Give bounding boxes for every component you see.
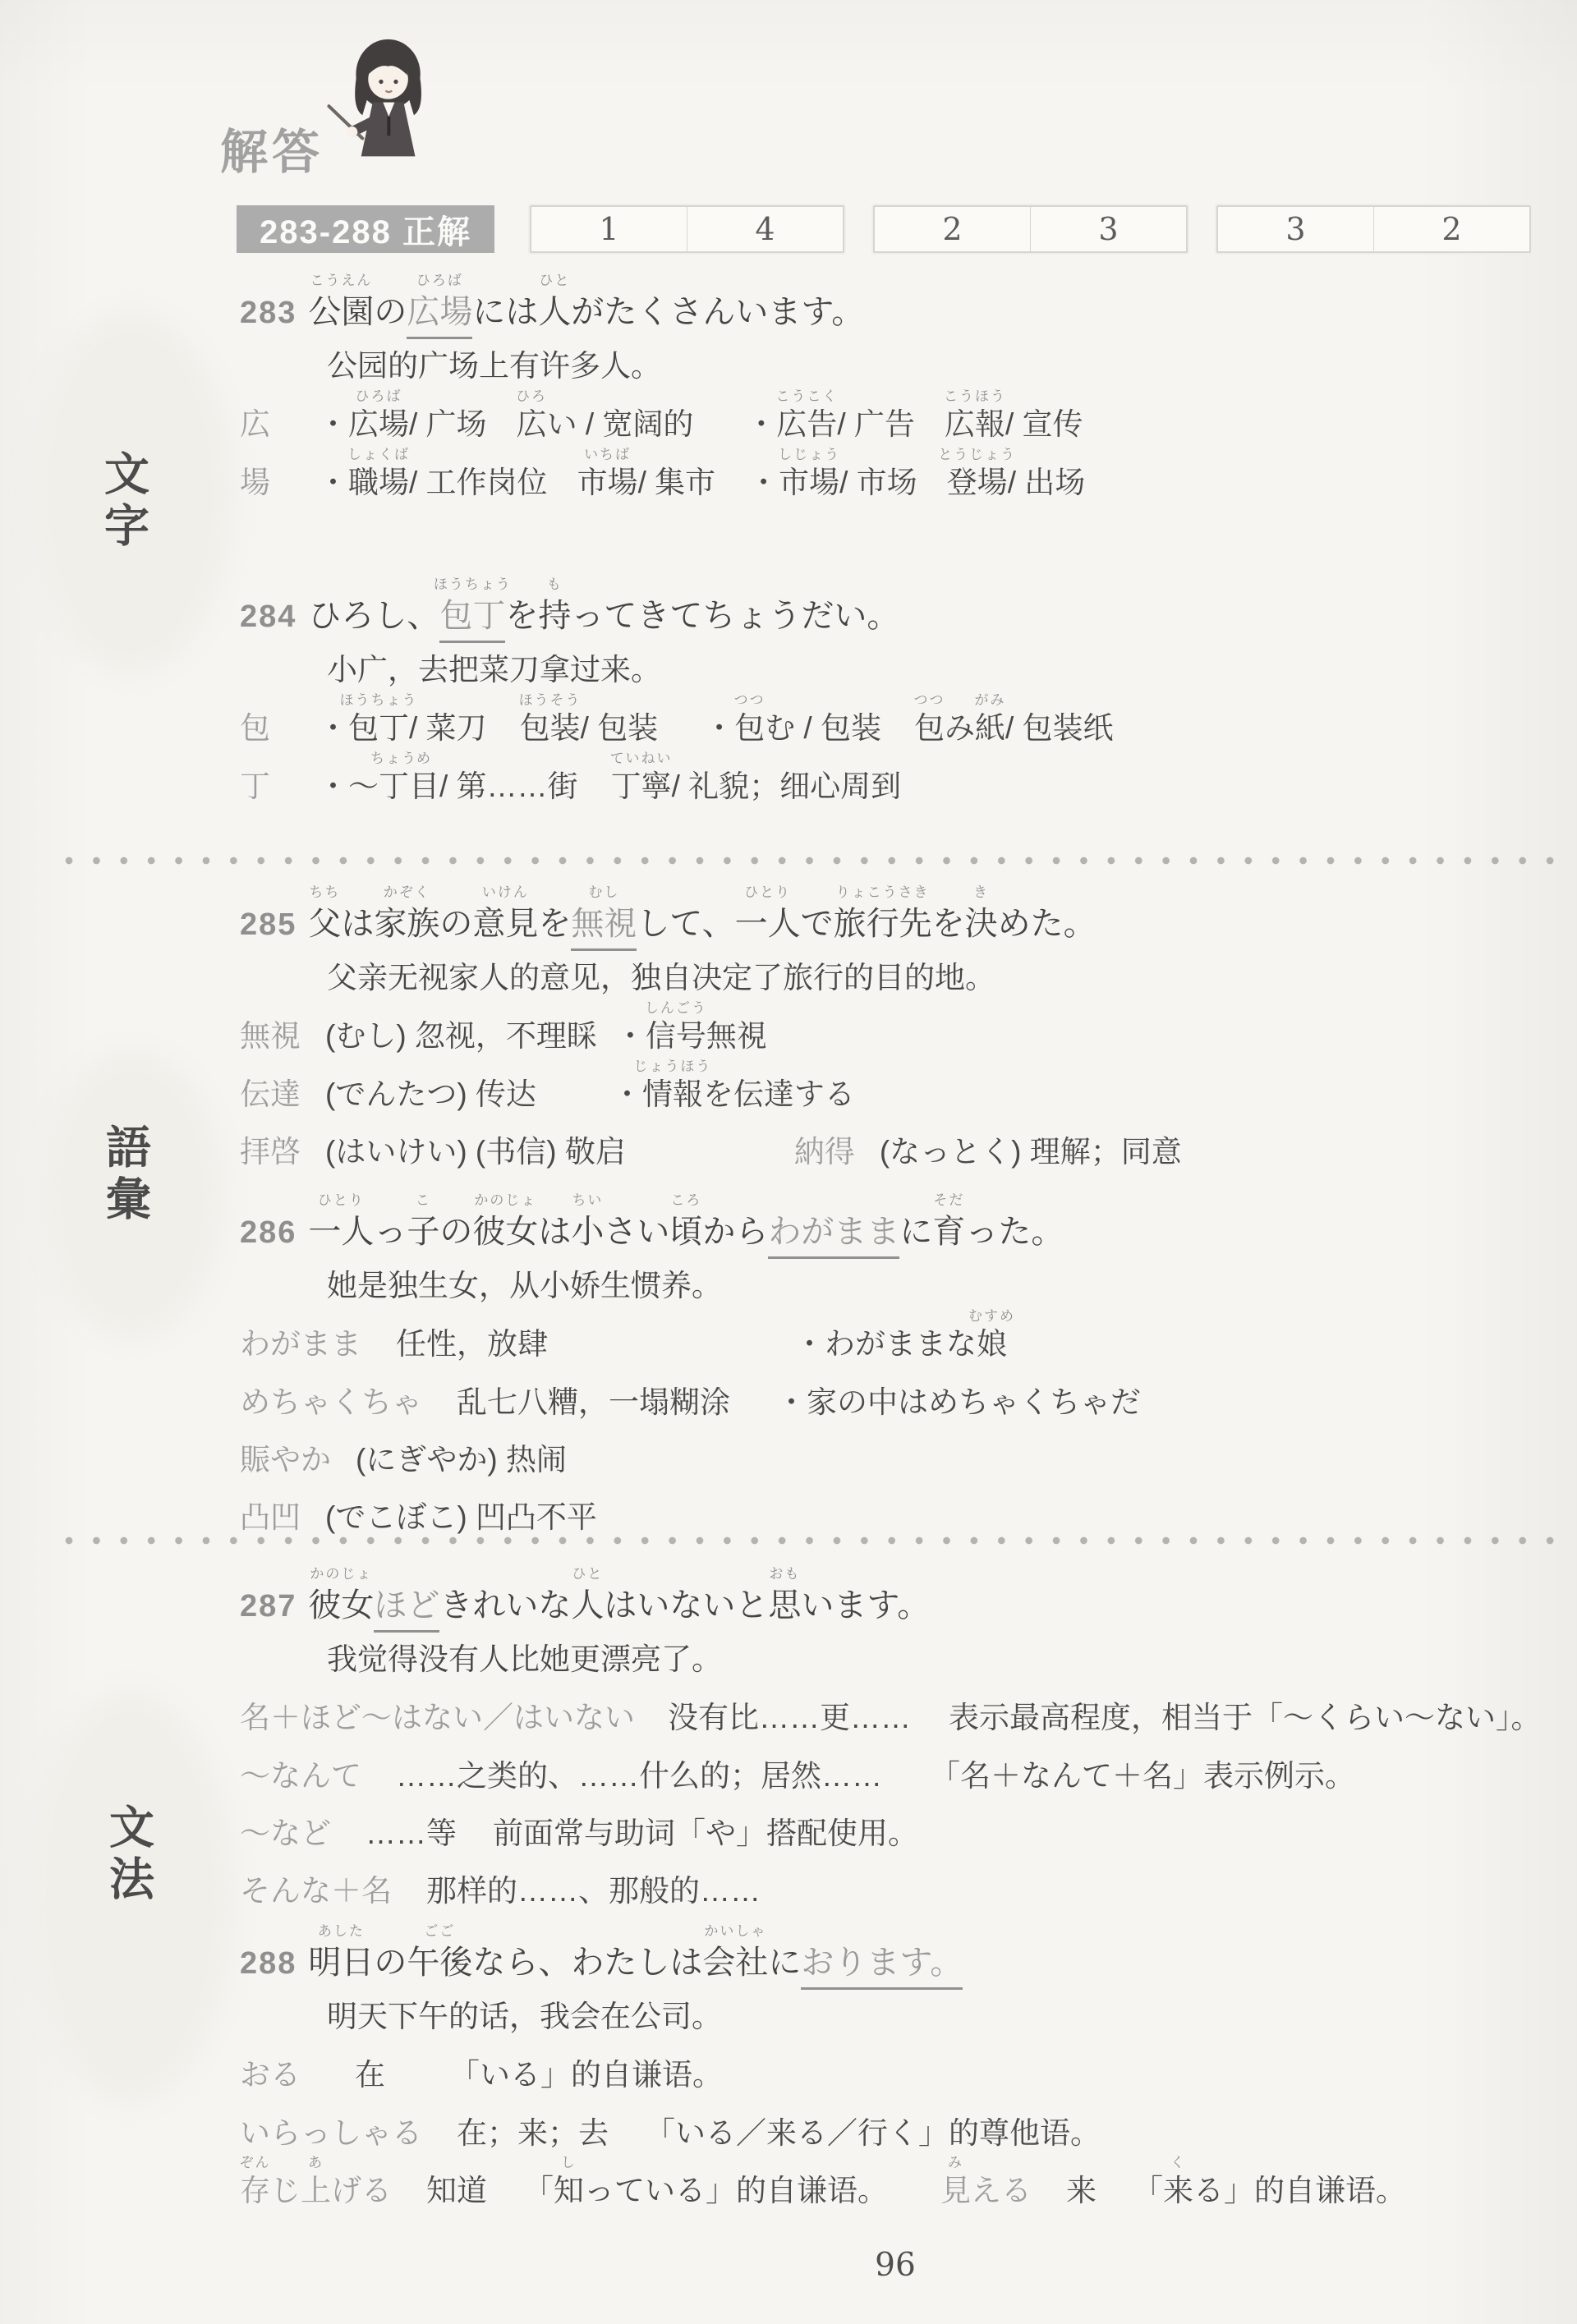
text-segment: み <box>945 710 975 746</box>
text-segment: (なっとく) 理解；同意 <box>880 1134 1182 1170</box>
text-segment: 公園こうえん <box>308 291 374 333</box>
furigana: ちち <box>309 885 340 899</box>
text-segment: ……等 <box>366 1816 457 1852</box>
text-segment: 那样的……、那般的…… <box>426 1873 761 1909</box>
furigana: ひとり <box>318 1193 365 1207</box>
item-288: 288明日あしたの午後ごごなら、わたしは会社かいしゃにおります。明天下午的话，我… <box>240 1922 1577 2209</box>
text-segment: む / 包装 <box>765 710 881 746</box>
text-segment: 「名＋なんて＋名」表示例示。 <box>930 1758 1355 1794</box>
furigana: いけん <box>482 885 529 899</box>
furigana: ちょう <box>370 751 417 765</box>
furigana: そだ <box>933 1193 964 1207</box>
item-number: 288 <box>240 1944 297 1984</box>
text-segment: 育そだ <box>932 1210 965 1253</box>
item-286: 286一人ひとりっ子この彼女かのじょは小ちいさい頃ころからわがままに育そだった。… <box>240 1191 1577 1536</box>
chinese-translation: 明天下午的话，我会在公司。 <box>327 1998 1577 2036</box>
text-segment: / 出场 <box>1008 465 1086 501</box>
text-segment: 来く <box>1163 2173 1193 2209</box>
vocab-head: 上あ <box>301 2173 331 2209</box>
text-segment: ひろし、 <box>308 595 439 637</box>
text-segment: 明日あした <box>308 1941 374 1984</box>
text-segment: して、 <box>637 903 734 945</box>
furigana: き <box>973 885 989 899</box>
text-segment: 在；来；去 <box>457 2115 609 2152</box>
text-segment: の <box>439 903 472 945</box>
furigana: あした <box>318 1924 365 1938</box>
text-segment: 意見いけん <box>472 903 538 945</box>
text-segment: 小ちい <box>571 1210 604 1253</box>
vocab-head: 名＋ほど〜はない／はいない <box>240 1700 635 1736</box>
text-segment: を <box>932 903 965 945</box>
vocab-row: 凸凹(でこぼこ) 凹凸不平 <box>240 1480 1577 1536</box>
text-segment: 職場しょくば <box>348 465 409 501</box>
furigana: むすめ <box>968 1309 1015 1323</box>
underlined-answer-word: 無視むし <box>571 903 637 951</box>
text-segment: 登場とうじょう <box>947 465 1008 501</box>
text-segment: 広場ひろば <box>348 406 409 443</box>
vocab-head: 存ぞん <box>240 2173 270 2209</box>
text-segment: 娘むすめ <box>977 1326 1007 1362</box>
text-segment: 「 <box>1133 2173 1163 2209</box>
item-sentence: 287彼女かのじょほどきれいな人ひとはいないと思おもいます。 <box>240 1564 1577 1633</box>
item-sentence: 283公園こうえんの広場ひろばには人ひとがたくさんいます。 <box>240 271 1577 339</box>
text-segment: 市場しじょう <box>779 465 839 501</box>
text-segment: は <box>538 1210 571 1253</box>
text-segment: 「いる／来る／行く」的尊他语。 <box>645 2115 1101 2152</box>
vocab-head: じ <box>270 2173 301 2209</box>
furigana: ころ <box>670 1193 701 1207</box>
text-segment: めた。 <box>998 903 1097 945</box>
furigana: じょうほう <box>633 1059 711 1073</box>
vocab-row: おる在「いる」的自谦语。 <box>240 2037 1577 2093</box>
text-segment: ・ <box>615 1018 646 1054</box>
furigana: つつ <box>734 693 766 707</box>
furigana: こうこく <box>775 389 838 403</box>
vocab-head: 凸凹 <box>240 1500 301 1536</box>
vocab-row: いらっしゃる在；来；去「いる／来る／行く」的尊他语。 <box>240 2096 1577 2152</box>
text-segment: 思おも <box>768 1584 801 1627</box>
answer-cell: 1 <box>531 207 687 251</box>
text-segment: 広ひろ <box>517 406 547 443</box>
text-segment: 家族かぞく <box>374 903 439 945</box>
vocab-head: げる <box>331 2173 392 2209</box>
text-segment: 人ひと <box>571 1584 604 1627</box>
underlined-answer-word: ほど <box>374 1584 439 1633</box>
vocab-row: 〜なんて……之类的、……什么的；居然……「名＋なんて＋名」表示例示。 <box>240 1738 1577 1794</box>
text-segment: / 广场 <box>409 406 487 443</box>
vocab-row: 無視(むし) 忽视，不理睬・信号しんごう無視 <box>240 999 1577 1054</box>
text-segment: / 市场 <box>839 465 917 501</box>
item-284: 284ひろし、包丁ほうちょうを持もってきてちょうだい。小广，去把菜刀拿过来。包・… <box>240 575 1577 805</box>
text-segment: に <box>768 1941 801 1984</box>
vocab-head: 〜なんて <box>240 1758 361 1794</box>
text-segment: ・ <box>318 406 348 443</box>
text-segment: 彼女かのじょ <box>308 1584 374 1627</box>
vocab-head: わがまま <box>240 1326 361 1362</box>
text-segment: ・ <box>704 710 734 746</box>
chinese-translation: 父亲无视家人的意见，独自决定了旅行的目的地。 <box>327 959 1577 997</box>
item-sentence: 286一人ひとりっ子この彼女かのじょは小ちいさい頃ころからわがままに育そだった。 <box>240 1191 1577 1259</box>
text-segment: 知し <box>554 2173 584 2209</box>
text-segment: 人ひと <box>538 291 571 333</box>
textbook-answer-page: { "page": { "logo_label": "解答", "page_nu… <box>0 0 1577 2324</box>
text-segment: ・わがままな <box>794 1326 977 1362</box>
item-sentence: 284ひろし、包丁ほうちょうを持もってきてちょうだい。 <box>240 575 1577 643</box>
text-segment: ・ <box>746 406 776 443</box>
furigana: ほうちょう <box>434 577 512 591</box>
furigana: め <box>416 751 432 765</box>
furigana: ひとり <box>744 885 791 899</box>
text-segment: 午後ごご <box>407 1941 472 1984</box>
vocab-head: 〜など <box>240 1816 331 1852</box>
text-segment: 彼女かのじょ <box>472 1210 538 1253</box>
furigana: ごご <box>424 1924 455 1938</box>
furigana: いちば <box>584 448 631 462</box>
text-segment: 会社かいしゃ <box>702 1941 768 1984</box>
text-segment: ・ <box>318 465 348 501</box>
text-segment: 一人ひとり <box>735 903 801 945</box>
text-segment: 広報こうほう <box>945 406 1005 443</box>
vocab-row: 伝達(でんたつ) 传达・情報じょうほうを伝達する <box>240 1057 1577 1113</box>
text-segment: ……之类的、……什么的；居然…… <box>396 1758 882 1794</box>
text-segment: は <box>341 903 374 945</box>
item-283: 283公園こうえんの広場ひろばには人ひとがたくさんいます。公园的广场上有许多人。… <box>240 271 1577 501</box>
text-segment: 包丁ほうちょう <box>348 710 409 746</box>
furigana: かのじょ <box>474 1193 536 1207</box>
text-segment: った。 <box>965 1210 1064 1253</box>
text-segment: を伝達する <box>703 1077 855 1113</box>
chinese-translation: 我觉得没有人比她更漂亮了。 <box>327 1641 1577 1679</box>
answer-pairs: 142332 <box>530 205 1531 253</box>
text-segment: 紙がみ <box>975 710 1005 746</box>
furigana: かいしゃ <box>704 1924 766 1938</box>
section-label-goi: 語彙 <box>93 1123 158 1227</box>
vocab-head: 見み <box>940 2173 971 2209</box>
vocab-head: える <box>971 2173 1032 2209</box>
text-segment: の <box>439 1210 472 1253</box>
vocab-head: 包 <box>240 710 270 746</box>
answer-cell: 4 <box>687 207 843 251</box>
answer-cell: 2 <box>875 207 1030 251</box>
text-segment: 子こ <box>407 1210 439 1253</box>
furigana: がみ <box>974 693 1005 707</box>
dotted-divider <box>64 856 1572 866</box>
furigana: かぞく <box>384 885 430 899</box>
section-label-moji: 文字 <box>91 450 156 553</box>
text-segment: (でこぼこ) 凹凸不平 <box>325 1500 597 1536</box>
text-segment: / 礼貌；细心周到 <box>672 769 902 805</box>
text-segment: っている」的自谦语。 <box>584 2173 888 2209</box>
text-segment: ・ <box>318 710 348 746</box>
text-segment: 丁ちょう <box>379 769 409 805</box>
underlined-answer-word: 広場ひろば <box>407 291 472 339</box>
text-segment: 広告こうこく <box>776 406 837 443</box>
vocab-head: 賑やか <box>240 1442 331 1478</box>
furigana: おも <box>769 1567 800 1581</box>
vocab-row: そんな＋名那样的……、那般的…… <box>240 1853 1577 1909</box>
text-segment: います。 <box>801 1584 930 1627</box>
furigana: とうじょう <box>938 448 1016 462</box>
text-segment: (むし) 忽视，不理睬 <box>325 1018 597 1054</box>
text-segment: 来 <box>1066 2173 1097 2209</box>
text-segment: 頃ころ <box>669 1210 702 1253</box>
vocab-row: 丁・〜丁ちょう目め / 第……街丁寧ていねい / 礼貌；细心周到 <box>240 749 1577 805</box>
text-segment: ってきてちょうだい。 <box>571 595 899 637</box>
furigana: く <box>1170 2156 1186 2170</box>
text-segment: ・ <box>748 465 779 501</box>
text-segment: 乱七八糟，一塌糊涂 <box>457 1385 730 1421</box>
text-segment: 丁寧ていねい <box>611 769 672 805</box>
furigana: ていねい <box>610 751 673 765</box>
text-segment: 包つつ <box>914 710 945 746</box>
item-number: 286 <box>240 1213 297 1253</box>
text-segment: 「いる」的自谦语。 <box>449 2057 723 2093</box>
furigana: も <box>547 577 563 591</box>
text-segment: ・家の中はめちゃくちゃだ <box>776 1385 1141 1421</box>
vocab-head: 場 <box>240 465 270 501</box>
text-segment: がたくさんいます。 <box>571 291 864 333</box>
furigana: ぞん <box>240 2156 271 2170</box>
text-segment: い / 宽阔的 <box>547 406 694 443</box>
answer-section-title: 解答 <box>220 113 324 182</box>
dotted-divider <box>64 1536 1572 1546</box>
text-segment: 持も <box>538 595 571 637</box>
text-segment: 一人ひとり <box>308 1210 374 1253</box>
furigana: こ <box>416 1193 431 1207</box>
vocab-head: いらっしゃる <box>240 2115 422 2152</box>
vocab-head: 拝啓 <box>240 1134 301 1170</box>
item-287: 287彼女かのじょほどきれいな人ひとはいないと思おもいます。我觉得没有人比她更漂… <box>240 1564 1577 1910</box>
text-segment: (でんたつ) 传达 <box>325 1077 536 1113</box>
text-segment: 知道 <box>426 2173 487 2209</box>
item-number: 285 <box>240 905 297 945</box>
text-segment: に <box>899 1210 932 1253</box>
text-segment: 市場いちば <box>577 465 638 501</box>
text-segment: はいないと <box>604 1584 768 1627</box>
vocab-row: 場・職場しょくば / 工作岗位市場いちば / 集市・市場しじょう / 市场登場と… <box>240 445 1577 501</box>
text-segment: 父ちち <box>308 903 341 945</box>
text-segment: には <box>472 291 538 333</box>
text-segment: / 宣传 <box>1005 406 1083 443</box>
item-number: 283 <box>240 293 297 333</box>
vocab-row: めちゃくちゃ乱七八糟，一塌糊涂・家の中はめちゃくちゃだ <box>240 1365 1577 1421</box>
item-285: 285父ちちは家族かぞくの意見いけんを無視むしして、一人ひとりで旅行先りょこうさ… <box>240 883 1577 1170</box>
text-segment: 任性，放肆 <box>396 1326 548 1362</box>
vocab-row: 広・広場ひろば / 广场広ひろい / 宽阔的・広告こうこく / 广告広報こうほう… <box>240 387 1577 443</box>
text-segment: / 工作岗位 <box>409 465 548 501</box>
answer-cell: 2 <box>1373 207 1529 251</box>
furigana: つつ <box>913 693 945 707</box>
text-segment: / 包装纸 <box>1005 710 1114 746</box>
item-sentence: 285父ちちは家族かぞくの意見いけんを無視むしして、一人ひとりで旅行先りょこうさ… <box>240 883 1577 951</box>
text-segment: 表示最高程度，相当于「〜くらい〜ない」。 <box>949 1700 1542 1736</box>
vocab-head: めちゃくちゃ <box>240 1385 422 1421</box>
text-segment: を <box>505 595 538 637</box>
vocab-row: 拝啓(はいけい) (书信) 敬启納得(なっとく) 理解；同意 <box>240 1114 1577 1170</box>
teacher-girl-illustration <box>322 33 452 187</box>
text-segment: 没有比……更…… <box>668 1700 911 1736</box>
answer-pair-box: 14 <box>530 205 844 253</box>
text-segment: (はいけい) (书信) 敬启 <box>325 1134 626 1170</box>
text-segment: 在 <box>355 2057 385 2093</box>
section-label-bunpo: 文法 <box>96 1803 161 1907</box>
text-segment: きれいな <box>439 1584 571 1627</box>
chinese-translation: 她是独生女，从小娇生惯养。 <box>327 1267 1577 1305</box>
text-segment: なら、わたしは <box>472 1941 702 1984</box>
answer-cell: 3 <box>1030 207 1186 251</box>
text-segment: 決き <box>965 903 998 945</box>
furigana: しんごう <box>645 1001 707 1015</box>
text-segment: 「 <box>523 2173 554 2209</box>
vocab-head: 丁 <box>240 769 270 805</box>
text-segment: の <box>374 1941 407 1984</box>
furigana: ほうそう <box>519 693 582 707</box>
text-segment: 包つつ <box>734 710 765 746</box>
vocab-head: おる <box>240 2057 301 2093</box>
underlined-answer-word: わがまま <box>768 1210 899 1259</box>
furigana: ひと <box>539 273 570 287</box>
item-number: 287 <box>240 1587 297 1627</box>
text-segment: / 菜刀 <box>409 710 487 746</box>
chinese-translation: 公园的广场上有许多人。 <box>327 347 1577 385</box>
vocab-row: 存ぞんじ上あげる知道「知しっている」的自谦语。見みえる来「来くる」的自谦语。 <box>240 2153 1577 2209</box>
text-segment: 信号しんごう <box>646 1018 706 1054</box>
text-segment: ・ <box>612 1077 642 1113</box>
text-segment: 情報じょうほう <box>642 1077 703 1113</box>
text-segment: から <box>702 1210 768 1253</box>
text-segment: っ <box>374 1210 407 1253</box>
answer-pair-box: 23 <box>873 205 1188 253</box>
furigana: しじょう <box>778 448 840 462</box>
item-number: 284 <box>240 597 297 637</box>
answer-cell: 3 <box>1218 207 1373 251</box>
text-segment: の <box>374 291 407 333</box>
text-segment: 前面常与助词「や」搭配使用。 <box>493 1816 918 1852</box>
furigana: りょこうさき <box>836 885 930 899</box>
vocab-row: 包・包丁ほうちょう / 菜刀包装ほうそう / 包装・包つつむ / 包装包つつみ紙… <box>240 691 1577 746</box>
text-segment: / 包装 <box>581 710 659 746</box>
text-segment: / 广告 <box>837 406 915 443</box>
text-segment: / 集市 <box>638 465 716 501</box>
furigana: しょくば <box>347 448 410 462</box>
text-segment: 無視 <box>706 1018 767 1054</box>
text-segment: / 第……街 <box>439 769 578 805</box>
furigana: あ <box>308 2156 324 2170</box>
text-segment: 旅行先りょこうさき <box>834 903 932 945</box>
answer-range-label: 283-288 正解 <box>237 205 494 253</box>
text-segment: で <box>801 903 834 945</box>
furigana: み <box>948 2156 963 2170</box>
vocab-row: 賑やか(にぎやか) 热闹 <box>240 1422 1577 1478</box>
vocab-row: 〜など……等前面常与助词「や」搭配使用。 <box>240 1796 1577 1852</box>
vocab-head: 広 <box>240 406 270 443</box>
furigana: かのじょ <box>310 1567 372 1581</box>
item-sentence: 288明日あしたの午後ごごなら、わたしは会社かいしゃにおります。 <box>240 1922 1577 1990</box>
page-number: 96 <box>850 2247 940 2284</box>
vocab-head: 納得 <box>794 1134 855 1170</box>
furigana: ひと <box>572 1567 603 1581</box>
furigana: むし <box>588 885 619 899</box>
vocab-row: わがまま任性，放肆・わがままな娘むすめ <box>240 1307 1577 1362</box>
vocab-head: 伝達 <box>240 1077 301 1113</box>
furigana: ひろば <box>416 273 463 287</box>
text-segment: 目め <box>409 769 439 805</box>
text-segment: ・〜 <box>318 769 379 805</box>
furigana: ひろば <box>356 389 402 403</box>
underlined-answer-word: 包丁ほうちょう <box>439 595 505 643</box>
furigana: ひろ <box>516 389 547 403</box>
vocab-head: 無視 <box>240 1018 301 1054</box>
text-segment: (にぎやか) 热闹 <box>356 1442 567 1478</box>
text-segment: を <box>538 903 571 945</box>
text-segment: る」的自谦语。 <box>1193 2173 1406 2209</box>
vocab-head: そんな＋名 <box>240 1873 392 1909</box>
furigana: ほうちょう <box>340 693 418 707</box>
furigana: ちい <box>572 1193 603 1207</box>
furigana: こうほう <box>944 389 1006 403</box>
furigana: し <box>561 2156 577 2170</box>
text-segment: 包装ほうそう <box>520 710 581 746</box>
underlined-answer-word: おります。 <box>801 1941 963 1990</box>
chinese-translation: 小广，去把菜刀拿过来。 <box>327 651 1577 689</box>
furigana: こうえん <box>310 273 372 287</box>
text-segment: さい <box>604 1210 669 1253</box>
answer-pair-box: 32 <box>1216 205 1531 253</box>
vocab-row: 名＋ほど〜はない／はいない没有比……更……表示最高程度，相当于「〜くらい〜ない」… <box>240 1680 1577 1736</box>
